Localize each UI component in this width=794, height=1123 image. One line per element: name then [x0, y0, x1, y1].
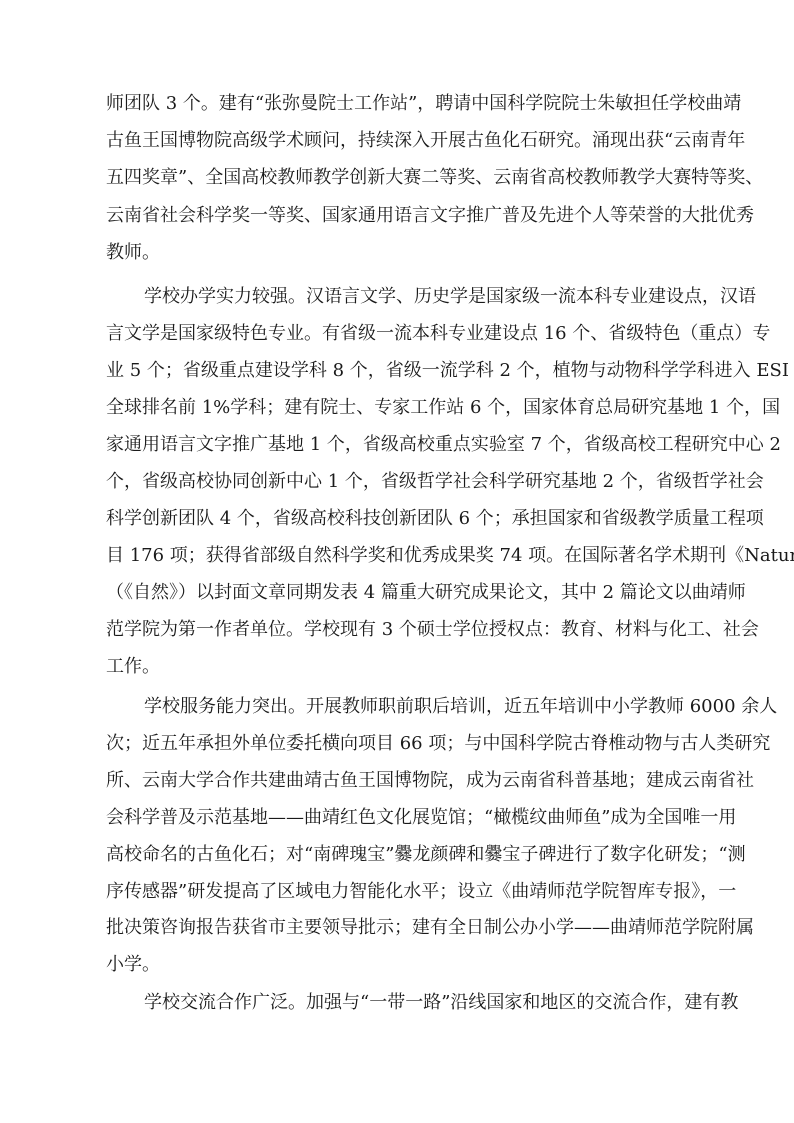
- text-line: 会科学普及示范基地——曲靖红色文化展览馆；“橄榄纹曲师鱼”成为全国唯一用: [106, 805, 688, 831]
- text-line: 古鱼王国博物院高级学术顾问，持续深入开展古鱼化石研究。涌现出获“云南青年: [106, 128, 688, 154]
- text-line: 学校交流合作广泛。加强与“一带一路”沿线国家和地区的交流合作，建有教: [144, 990, 688, 1016]
- text-line: 范学院为第一作者单位。学校现有 3 个硕士学位授权点：教育、材料与化工、社会: [106, 617, 688, 643]
- text-line: （《自然》）以封面文章同期发表 4 篇重大研究成果论文，其中 2 篇论文以曲靖师: [106, 580, 688, 606]
- text-line: 业 5 个；省级重点建设学科 8 个，省级一流学科 2 个，植物与动物科学学科进…: [106, 358, 688, 384]
- text-line: 家通用语言文字推广基地 1 个，省级高校重点实验室 7 个，省级高校工程研究中心…: [106, 432, 688, 458]
- text-line: 五四奖章”、全国高校教师教学创新大赛二等奖、云南省高校教师教学大赛特等奖、: [106, 165, 688, 191]
- text-line: 次；近五年承担外单位委托横向项目 66 项；与中国科学院古脊椎动物与古人类研究: [106, 731, 688, 757]
- text-line: 言文学是国家级特色专业。有省级一流本科专业建设点 16 个、省级特色（重点）专: [106, 321, 688, 347]
- text-line: 小学。: [106, 952, 688, 978]
- document-page: 师团队 3 个。建有“张弥曼院士工作站”，聘请中国科学院院士朱敏担任学校曲靖 古…: [0, 0, 794, 1123]
- text-line: 所、云南大学合作共建曲靖古鱼王国博物院，成为云南省科普基地；建成云南省社: [106, 768, 688, 794]
- text-line: 师团队 3 个。建有“张弥曼院士工作站”，聘请中国科学院院士朱敏担任学校曲靖: [106, 91, 688, 117]
- text-line: 全球排名前 1%学科；建有院士、专家工作站 6 个，国家体育总局研究基地 1 个…: [106, 395, 688, 421]
- text-line: 教师。: [106, 240, 688, 266]
- text-line: 高校命名的古鱼化石；对“南碑瑰宝”爨龙颜碑和爨宝子碑进行了数字化研发；“测: [106, 842, 688, 868]
- text-line: 目 176 项；获得省部级自然科学奖和优秀成果奖 74 项。在国际著名学术期刊《…: [106, 543, 688, 569]
- text-line: 序传感器”研发提高了区域电力智能化水平；设立《曲靖师范学院智库专报》，一: [106, 879, 688, 905]
- text-line: 批决策咨询报告获省市主要领导批示；建有全日制公办小学——曲靖师范学院附属: [106, 915, 688, 941]
- text-line: 工作。: [106, 654, 688, 680]
- text-line: 科学创新团队 4 个，省级高校科技创新团队 6 个；承担国家和省级教学质量工程项: [106, 506, 688, 532]
- text-line: 学校办学实力较强。汉语言文学、历史学是国家级一流本科专业建设点，汉语: [144, 284, 688, 310]
- text-line: 学校服务能力突出。开展教师职前职后培训，近五年培训中小学教师 6000 余人: [144, 694, 688, 720]
- text-line: 个，省级高校协同创新中心 1 个，省级哲学社会科学研究基地 2 个，省级哲学社会: [106, 469, 688, 495]
- text-line: 云南省社会科学奖一等奖、国家通用语言文字推广普及先进个人等荣誉的大批优秀: [106, 203, 688, 229]
